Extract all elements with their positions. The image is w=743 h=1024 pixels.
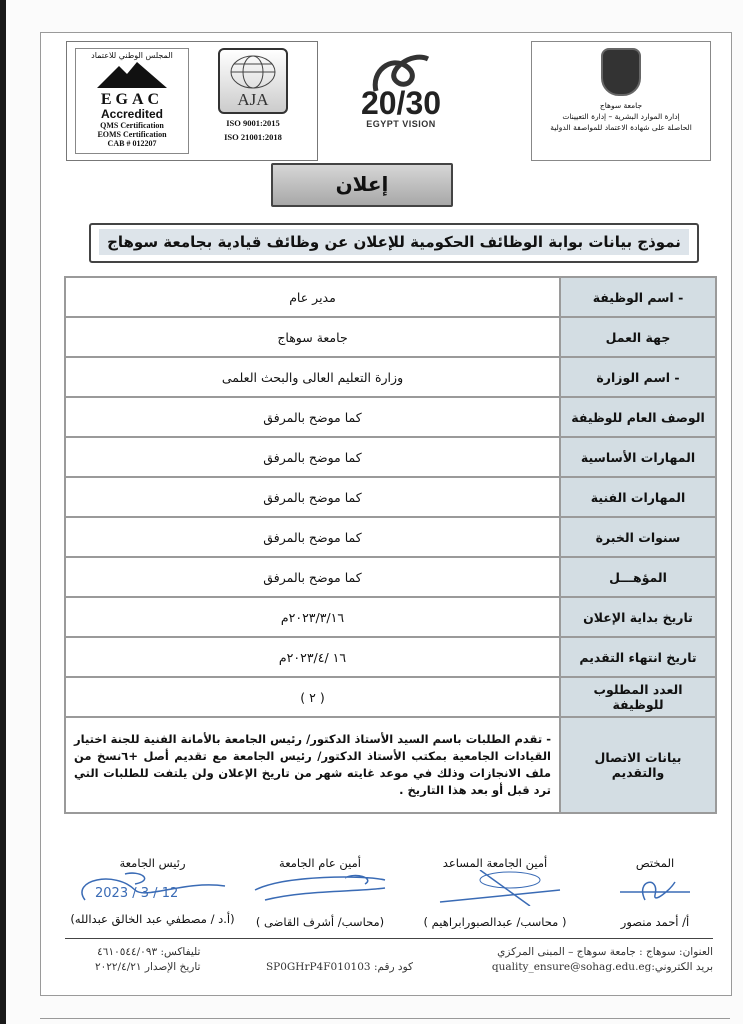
announcement-title: إعلان — [336, 172, 389, 196]
footer-code: كود رقم: SP0GHrP4F010103 — [266, 960, 413, 975]
table-row: - اسم الوزارةوزارة التعليم العالى والبحث… — [65, 357, 716, 397]
signature-scribble-icon — [420, 870, 570, 906]
university-line: إدارة الموارد البشرية – إدارة التعيينات — [532, 111, 710, 122]
row-label: العدد المطلوب للوظيفة — [560, 677, 716, 717]
vision-swirl-icon — [366, 51, 436, 95]
egac-cert-line: QMS Certification — [76, 121, 188, 130]
signature-block: رئيس الجامعة 12 / 3 / 2023 (أ.د / مصطفي … — [65, 856, 240, 926]
signature-name: أ/ أحمد منصور — [595, 915, 715, 929]
letterhead: المجلس الوطني للاعتماد EGAC Accredited Q… — [61, 41, 711, 159]
signature-title: أمين عام الجامعة — [245, 856, 395, 870]
handwritten-date: 12 / 3 / 2023 — [95, 886, 178, 901]
university-line: الحاصلة على شهادة الاعتماد للمواصفة الدو… — [532, 122, 710, 133]
row-value: كما موضح بالمرفق — [65, 557, 560, 597]
egac-accredited: Accredited — [76, 108, 188, 121]
row-label: - اسم الوزارة — [560, 357, 716, 397]
row-label: المؤهـــل — [560, 557, 716, 597]
iso-line: ISO 21001:2018 — [195, 132, 311, 142]
row-label: المهارات الأساسية — [560, 437, 716, 477]
footer-email: بريد الكتروني:quality_ensure@sohag.edu.e… — [492, 960, 713, 975]
row-value: ( ٢ ) — [65, 677, 560, 717]
row-value: ١٦ /٢٠٢٣/٤م — [65, 637, 560, 677]
signature-name: ( محاسب/ عبدالصبورابراهيم ) — [410, 915, 580, 929]
scan-edge — [0, 0, 6, 1024]
next-page-edge — [40, 1018, 730, 1022]
table-row: المهارات الأساسيةكما موضح بالمرفق — [65, 437, 716, 477]
row-label: تاريخ بداية الإعلان — [560, 597, 716, 637]
row-value: كما موضح بالمرفق — [65, 517, 560, 557]
footer-fax: تليفاكس: ٤٦١٠٥٤٤/٠٩٣ — [95, 945, 200, 960]
table-row: جهة العملجامعة سوهاج — [65, 317, 716, 357]
announcement-banner: إعلان — [271, 163, 453, 207]
signature-title: أمين الجامعة المساعد — [410, 856, 580, 870]
signature-scribble-icon — [245, 870, 395, 906]
form-title: نموذج بيانات بوابة الوظائف الحكومية للإع… — [107, 233, 681, 251]
globe-icon: AJA — [218, 48, 288, 114]
job-details-table: - اسم الوظيفةمدير عام جهة العملجامعة سوه… — [64, 276, 717, 814]
table-row: بيانات الاتصال والتقديم- تقدم الطلبات با… — [65, 717, 716, 813]
table-row: تاريخ انتهاء التقديم١٦ /٢٠٢٣/٤م — [65, 637, 716, 677]
table-row: سنوات الخبرةكما موضح بالمرفق — [65, 517, 716, 557]
footer-address: العنوان: سوهاج : جامعة سوهاج – المبنى ال… — [492, 945, 713, 960]
row-label: الوصف العام للوظيفة — [560, 397, 716, 437]
table-row: المؤهـــلكما موضح بالمرفق — [65, 557, 716, 597]
footer-address-block: العنوان: سوهاج : جامعة سوهاج – المبنى ال… — [492, 945, 713, 975]
table-row: - اسم الوظيفةمدير عام — [65, 277, 716, 317]
mountain-icon — [97, 60, 167, 88]
row-label: بيانات الاتصال والتقديم — [560, 717, 716, 813]
accreditation-logos: المجلس الوطني للاعتماد EGAC Accredited Q… — [66, 41, 318, 161]
egac-cert-line: CAB # 012207 — [76, 139, 188, 148]
footer: العنوان: سوهاج : جامعة سوهاج – المبنى ال… — [65, 938, 713, 995]
president-signature: 12 / 3 / 2023 — [65, 870, 240, 906]
row-label: سنوات الخبرة — [560, 517, 716, 557]
signature-title: المختص — [595, 856, 715, 870]
egac-logo: المجلس الوطني للاعتماد EGAC Accredited Q… — [75, 48, 189, 154]
row-value: - تقدم الطلبات باسم السيد الأستاذ الدكتو… — [65, 717, 560, 813]
document-page: المجلس الوطني للاعتماد EGAC Accredited Q… — [40, 32, 732, 996]
signature-scribble-icon — [615, 870, 695, 906]
row-label: جهة العمل — [560, 317, 716, 357]
table-row: تاريخ بداية الإعلان٢٠٢٣/٣/١٦م — [65, 597, 716, 637]
footer-issue-date: تاريخ الإصدار ٢٠٢٢/٤/٢١ — [95, 960, 200, 975]
signature-block: أمين الجامعة المساعد ( محاسب/ عبدالصبورا… — [410, 856, 580, 929]
row-value: جامعة سوهاج — [65, 317, 560, 357]
row-value: مدير عام — [65, 277, 560, 317]
signature-name: (محاسب/ أشرف القاضى ) — [245, 915, 395, 929]
table-row: العدد المطلوب للوظيفة( ٢ ) — [65, 677, 716, 717]
row-value: كما موضح بالمرفق — [65, 477, 560, 517]
row-value: كما موضح بالمرفق — [65, 437, 560, 477]
row-label: المهارات الفنية — [560, 477, 716, 517]
row-value: ٢٠٢٣/٣/١٦م — [65, 597, 560, 637]
table-row: المهارات الفنيةكما موضح بالمرفق — [65, 477, 716, 517]
row-value: وزارة التعليم العالى والبحث العلمى — [65, 357, 560, 397]
university-seal-icon — [601, 48, 641, 96]
form-title-banner: نموذج بيانات بوابة الوظائف الحكومية للإع… — [89, 223, 699, 263]
egac-name: EGAC — [76, 92, 188, 108]
signature-block: أمين عام الجامعة (محاسب/ أشرف القاضى ) — [245, 856, 395, 929]
aja-name: AJA — [220, 90, 286, 110]
egac-cert-line: EOMS Certification — [76, 130, 188, 139]
egac-arabic-text: المجلس الوطني للاعتماد — [76, 51, 188, 60]
table-row: الوصف العام للوظيفةكما موضح بالمرفق — [65, 397, 716, 437]
row-label: - اسم الوظيفة — [560, 277, 716, 317]
signature-block: المختص أ/ أحمد منصور — [595, 856, 715, 929]
iso-line: ISO 9001:2015 — [195, 118, 311, 128]
vision-subtitle: EGYPT VISION — [326, 119, 476, 129]
row-value: كما موضح بالمرفق — [65, 397, 560, 437]
university-logo-box: جامعة سوهاج إدارة الموارد البشرية – إدار… — [531, 41, 711, 161]
aja-logo: AJA ISO 9001:2015 ISO 21001:2018 — [195, 48, 311, 152]
row-label: تاريخ انتهاء التقديم — [560, 637, 716, 677]
footer-contact-block: تليفاكس: ٤٦١٠٥٤٤/٠٩٣ تاريخ الإصدار ٢٠٢٢/… — [95, 945, 200, 975]
egypt-vision-logo: 20/30 EGYPT VISION — [326, 51, 476, 151]
signatures: المختص أ/ أحمد منصور أمين الجامعة المساع… — [65, 856, 715, 936]
university-line: جامعة سوهاج — [532, 100, 710, 111]
signature-name: (أ.د / مصطفي عبد الخالق عبدالله) — [65, 912, 240, 926]
signature-title: رئيس الجامعة — [65, 856, 240, 870]
